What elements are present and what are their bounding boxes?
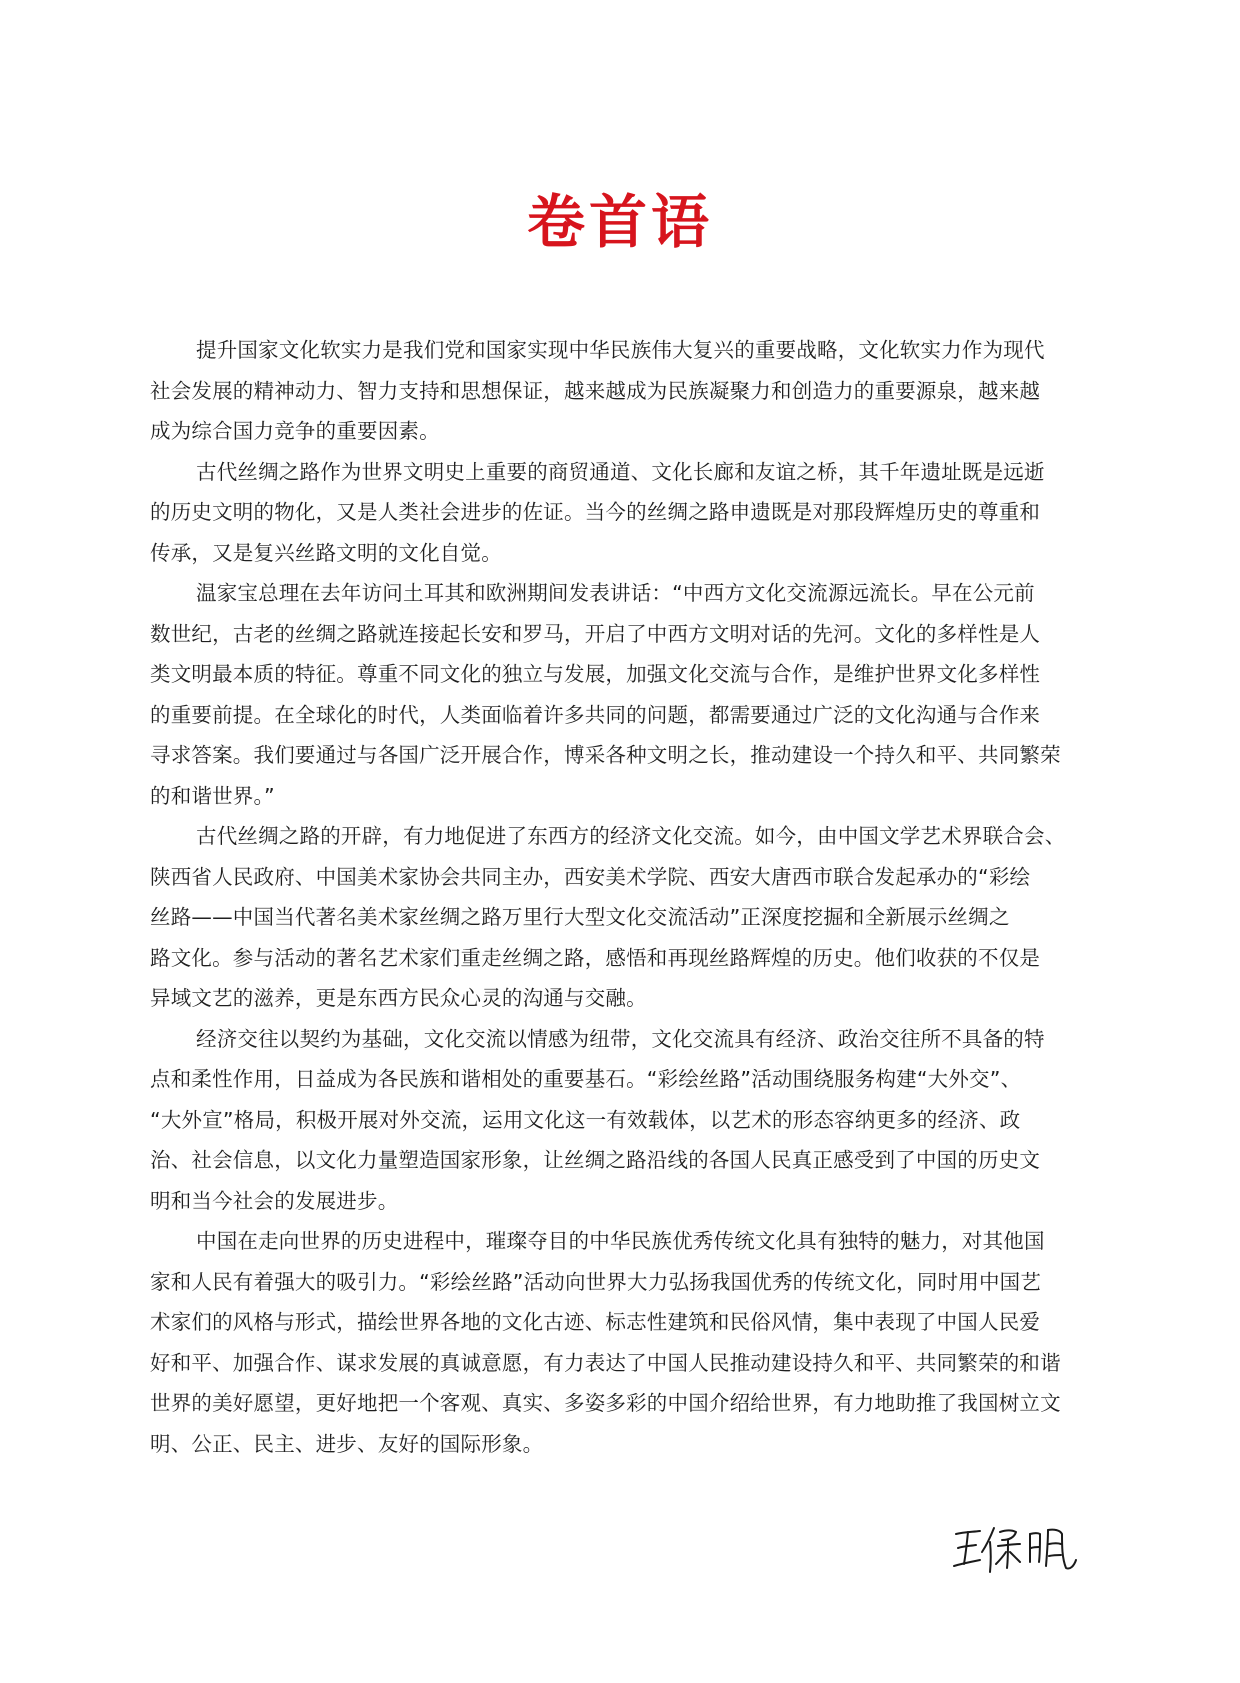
signature [950, 1520, 1090, 1580]
text-line: 陕西省人民政府、中国美术家协会共同主办，西安美术学院、西安大唐西市联合发起承办的… [150, 857, 1095, 898]
text-line: 中国在走向世界的历史进程中，璀璨夺目的中华民族优秀传统文化具有独特的魅力，对其他… [150, 1221, 1095, 1262]
text-line: 世界的美好愿望，更好地把一个客观、真实、多姿多彩的中国介绍给世界，有力地助推了我… [150, 1383, 1095, 1424]
text-line: 丝路——中国当代著名美术家丝绸之路万里行大型文化交流活动”正深度挖掘和全新展示丝… [150, 897, 1095, 938]
text-line: 经济交往以契约为基础，文化交流以情感为纽带，文化交流具有经济、政治交往所不具备的… [150, 1019, 1095, 1060]
document-page: 卷首语 提升国家文化软实力是我们党和国家实现中华民族伟大复兴的重要战略，文化软实… [0, 0, 1240, 1683]
text-line: 寻求答案。我们要通过与各国广泛开展合作，博采各种文明之长，推动建设一个持久和平、… [150, 735, 1095, 776]
text-line: 数世纪，古老的丝绸之路就连接起长安和罗马，开启了中西方文明对话的先河。文化的多样… [150, 614, 1095, 655]
text-line: 传承，又是复兴丝路文明的文化自觉。 [150, 533, 1095, 574]
text-line: “大外宣”格局，积极开展对外交流，运用文化这一有效载体，以艺术的形态容纳更多的经… [150, 1100, 1095, 1141]
text-line: 点和柔性作用，日益成为各民族和谐相处的重要基石。“彩绘丝路”活动围绕服务构建“大… [150, 1059, 1095, 1100]
preface-body: 提升国家文化软实力是我们党和国家实现中华民族伟大复兴的重要战略，文化软实力作为现… [150, 330, 1095, 1464]
text-line: 明、公正、民主、进步、友好的国际形象。 [150, 1424, 1095, 1465]
text-line: 异域文艺的滋养，更是东西方民众心灵的沟通与交融。 [150, 978, 1095, 1019]
text-line: 明和当今社会的发展进步。 [150, 1181, 1095, 1222]
page-title: 卷首语 [0, 187, 1240, 257]
text-line: 家和人民有着强大的吸引力。“彩绘丝路”活动向世界大力弘扬我国优秀的传统文化，同时… [150, 1262, 1095, 1303]
handwritten-signature-icon [950, 1520, 1090, 1580]
text-line: 的历史文明的物化，又是人类社会进步的佐证。当今的丝绸之路申遗既是对那段辉煌历史的… [150, 492, 1095, 533]
text-line: 路文化。参与活动的著名艺术家们重走丝绸之路，感悟和再现丝路辉煌的历史。他们收获的… [150, 938, 1095, 979]
paragraph-1: 提升国家文化软实力是我们党和国家实现中华民族伟大复兴的重要战略，文化软实力作为现… [150, 330, 1095, 452]
text-line: 治、社会信息，以文化力量塑造国家形象，让丝绸之路沿线的各国人民真正感受到了中国的… [150, 1140, 1095, 1181]
text-line: 成为综合国力竞争的重要因素。 [150, 411, 1095, 452]
text-line: 的和谐世界。” [150, 776, 1095, 817]
paragraph-2: 古代丝绸之路作为世界文明史上重要的商贸通道、文化长廊和友谊之桥，其千年遗址既是远… [150, 452, 1095, 574]
paragraph-6: 中国在走向世界的历史进程中，璀璨夺目的中华民族优秀传统文化具有独特的魅力，对其他… [150, 1221, 1095, 1464]
text-line: 好和平、加强合作、谋求发展的真诚意愿，有力表达了中国人民推动建设持久和平、共同繁… [150, 1343, 1095, 1384]
paragraph-4: 古代丝绸之路的开辟，有力地促进了东西方的经济文化交流。如今，由中国文学艺术界联合… [150, 816, 1095, 1019]
text-line: 社会发展的精神动力、智力支持和思想保证，越来越成为民族凝聚力和创造力的重要源泉，… [150, 371, 1095, 412]
paragraph-5: 经济交往以契约为基础，文化交流以情感为纽带，文化交流具有经济、政治交往所不具备的… [150, 1019, 1095, 1222]
text-line: 的重要前提。在全球化的时代，人类面临着许多共同的问题，都需要通过广泛的文化沟通与… [150, 695, 1095, 736]
text-line: 古代丝绸之路作为世界文明史上重要的商贸通道、文化长廊和友谊之桥，其千年遗址既是远… [150, 452, 1095, 493]
text-line: 温家宝总理在去年访问土耳其和欧洲期间发表讲话：“中西方文化交流源远流长。早在公元… [150, 573, 1095, 614]
text-line: 术家们的风格与形式，描绘世界各地的文化古迹、标志性建筑和民俗风情，集中表现了中国… [150, 1302, 1095, 1343]
paragraph-3: 温家宝总理在去年访问土耳其和欧洲期间发表讲话：“中西方文化交流源远流长。早在公元… [150, 573, 1095, 816]
text-line: 类文明最本质的特征。尊重不同文化的独立与发展，加强文化交流与合作，是维护世界文化… [150, 654, 1095, 695]
text-line: 提升国家文化软实力是我们党和国家实现中华民族伟大复兴的重要战略，文化软实力作为现… [150, 330, 1095, 371]
text-line: 古代丝绸之路的开辟，有力地促进了东西方的经济文化交流。如今，由中国文学艺术界联合… [150, 816, 1095, 857]
